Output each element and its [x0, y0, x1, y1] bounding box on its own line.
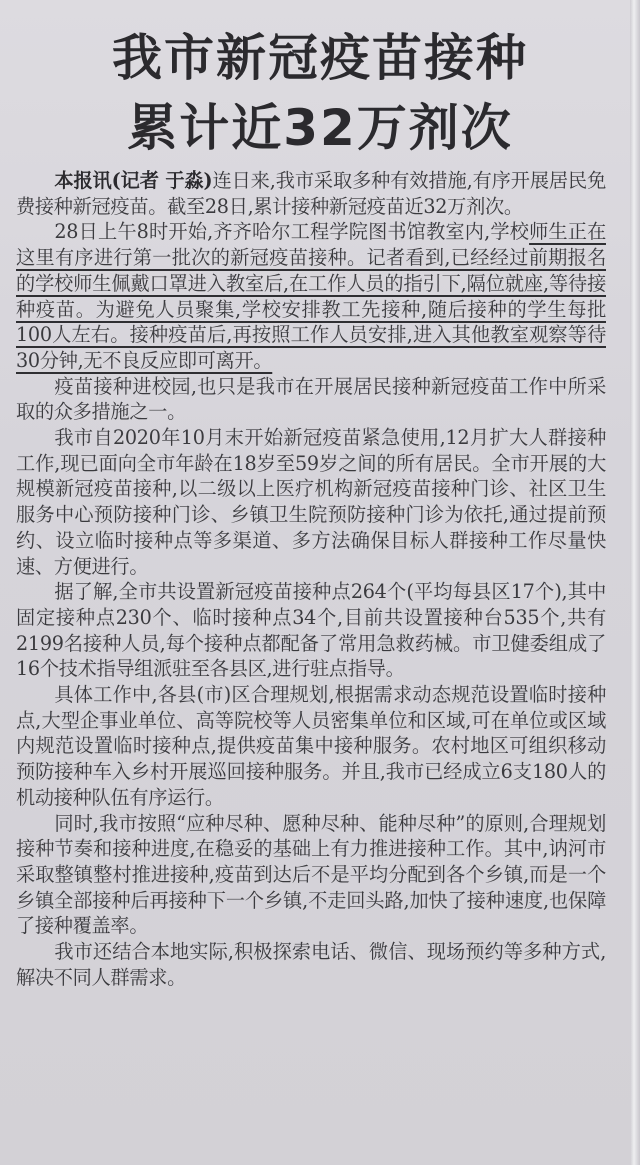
paragraph-7: 同时,我市按照“应种尽种、愿种尽种、能种尽种”的原则,合理规划接种节奏和接种进度… [16, 811, 606, 940]
paragraph-8: 我市还结合本地实际,积极探索电话、微信、现场预约等多种方式,解决不同人群需求。 [16, 939, 606, 990]
paragraph-lead: 本报讯(记者 于淼)连日来,我市采取多种有效措施,有序开展居民免费接种新冠疫苗。… [16, 168, 606, 219]
page-edge [630, 0, 640, 1165]
paragraph-3: 疫苗接种进校园,也只是我市在开展居民接种新冠疫苗工作中所采取的众多措施之一。 [16, 374, 606, 425]
paragraph-5: 据了解,全市共设置新冠疫苗接种点264个(平均每县区17个),其中固定接种点23… [16, 579, 606, 682]
paragraph-2: 28日上午8时开始,齐齐哈尔工程学院图书馆教室内,学校师生正在这里有序进行第一批… [16, 219, 606, 373]
paragraph-2-start: 28日上午8时开始,齐齐哈尔工程学院图书馆教室内,学校 [54, 220, 529, 243]
article-body: 本报讯(记者 于淼)连日来,我市采取多种有效措施,有序开展居民免费接种新冠疫苗。… [16, 168, 606, 991]
byline: 本报讯(记者 于淼) [54, 169, 212, 192]
paragraph-6: 具体工作中,各县(市)区合理规划,根据需求动态规范设置临时接种点,大型企事业单位… [16, 682, 606, 811]
paragraph-4: 我市自2020年10月末开始新冠疫苗紧急使用,12月扩大人群接种工作,现已面向全… [16, 425, 606, 579]
headline-line-1: 我市新冠疫苗接种 [0, 18, 640, 90]
headline-line-2: 累计近32万剂次 [0, 88, 640, 160]
